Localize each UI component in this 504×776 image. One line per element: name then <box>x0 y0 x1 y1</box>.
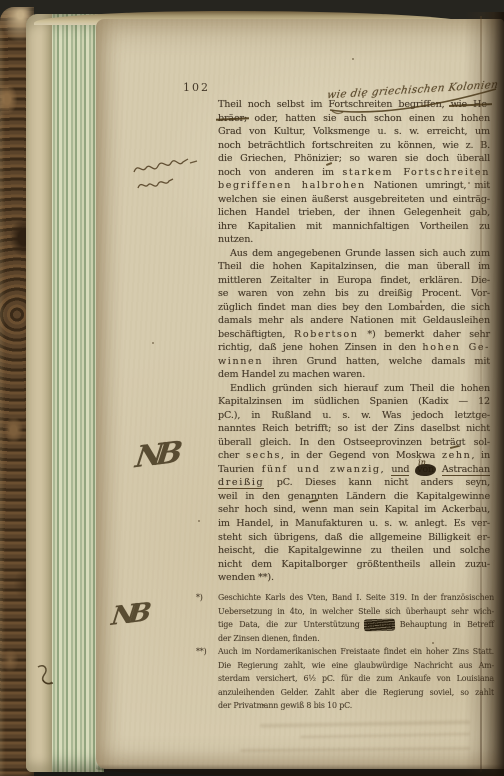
footnote: **)Auch im Nordamerikanischen Freistaate… <box>218 646 494 714</box>
page-number: 102 <box>183 81 210 94</box>
text-line: Uebersetzung in 4to, in welcher Stelle s… <box>218 606 494 620</box>
text-line: die Griechen, Phönizier; so waren sie do… <box>218 152 490 166</box>
text-segment: cher <box>218 450 246 461</box>
text-line: Geschichte Karls des Vten, Band I. Seite… <box>218 592 494 606</box>
text-segment: ihren Grund hatten, welche damals mit <box>263 356 490 367</box>
paper-speck <box>198 520 200 522</box>
text-segment: richtig, daß jene hohen Zinsen in den <box>218 342 422 353</box>
text-line: Taurien fünf und zwanzig, und vonin Astr… <box>218 463 490 477</box>
text-segment: sechs <box>246 450 281 461</box>
text-segment: dem Handel zu machen waren. <box>218 369 365 380</box>
text-segment: nutzen. <box>218 234 253 245</box>
text-line: Endlich gründen sich hierauf zum Theil d… <box>218 382 490 396</box>
text-segment: sehr hoch sind, <box>218 504 302 515</box>
text-line: Theil noch selbst im Fortschreiten begri… <box>218 98 490 112</box>
text-segment: , in <box>471 450 490 461</box>
footnote-marker: **) <box>196 646 207 657</box>
footnote: *)Geschichte Karls des Vten, Band I. Sei… <box>218 592 494 646</box>
text-segment: *) bemerkt daher sehr <box>359 329 490 340</box>
text-segment: nanntes Reich betrifft; so ist der Zins … <box>218 423 490 434</box>
text-segment: Astrachan <box>442 464 490 476</box>
text-segment: Grad von Kultur, Volksmenge u. s. w. err… <box>218 126 490 137</box>
text-line: noch von anderen im starkem Fortschreite… <box>218 166 490 180</box>
text-segment: man sein Kapital im Ackerbau, <box>327 504 490 515</box>
text-segment: der Privatmann gewiß 8 bis 10 pC. <box>218 701 352 710</box>
text-segment: Uebersetzung in 4to, in welcher Stelle s… <box>218 607 494 616</box>
text-segment: Theil die hohen Kapitalzinsen, die man ü… <box>218 261 490 272</box>
text-line: beschäftigten, Robertson *) bemerkt dahe… <box>218 328 490 342</box>
text-segment: im <box>322 167 334 178</box>
book-scan-photo: 102 Theil noch selbst im Fortschreiten b… <box>0 0 504 776</box>
text-line: lichen Handel trieben, der ihnen Gelegen… <box>218 206 490 220</box>
text-line: nicht dem Kapitalborger größtentheils al… <box>218 558 490 572</box>
text-line: tige Data, die zur Unterstützung meiner … <box>218 619 494 633</box>
text-line: Kapitalzinsen im südlichen Spanien (Kadi… <box>218 395 490 409</box>
text-segment: lichen Handel trieben, der ihnen Gelegen… <box>218 207 490 218</box>
text-segment: Robertson <box>294 329 359 340</box>
text-segment: Taurien <box>218 464 262 475</box>
text-segment: starkem Fortschreiten <box>342 167 490 178</box>
text-segment: , <box>381 464 392 475</box>
text-line: heischt, die Kapitalgewinne zu theilen u… <box>218 544 490 558</box>
nb-margin-mark-1: NB <box>133 436 177 475</box>
text-segment: fünf und zwanzig <box>262 464 381 475</box>
text-segment: ihre Kapitalien mit mannichfaltigen Vort… <box>218 221 490 232</box>
text-line: Die Regierung zahlt, wie eine glaubwürdi… <box>218 660 494 674</box>
text-segment: heischt, die Kapitalgewinne zu theilen u… <box>218 545 490 556</box>
text-segment: zehn <box>442 450 472 461</box>
text-line: sterdam versichert, 6½ pC. für die zum A… <box>218 673 494 687</box>
text-segment: wenden **). <box>218 572 274 583</box>
text-segment: mittleren Zeitalter in Europa findet, er… <box>218 275 490 286</box>
text-line: winnen ihren Grund hatten, welche damals… <box>218 355 490 369</box>
text-segment: züglich findet man dies bey den Lombarde… <box>218 302 490 313</box>
text-segment: Endlich gründen sich hierauf zum Theil d… <box>230 383 490 394</box>
text-line: züglich findet man dies bey den Lombarde… <box>218 301 490 315</box>
text-segment: hohen Ge- <box>422 342 490 353</box>
text-segment: steht sich übrigens, daß die allgemeine … <box>218 532 490 543</box>
text-segment: im Handel, in Manufakturen u. s. w. anle… <box>218 518 490 529</box>
text-segment: Nationen umringt, mit <box>366 180 490 191</box>
text-line: nutzen. <box>218 233 490 247</box>
text-line: Auch im Nordamerikanischen Freistaate fi… <box>218 646 494 660</box>
text-segment: pC. Dieses kann nicht anders seyn, <box>264 477 490 488</box>
text-segment: nicht dem Kapitalborger größtentheils al… <box>218 559 490 570</box>
text-segment: Behauptung in Betreff <box>393 620 494 629</box>
text-line: mittleren Zeitalter in Europa findet, er… <box>218 274 490 288</box>
text-segment: weil in den genannten Ländern die Kapita… <box>218 491 490 502</box>
text-line: noch beträchtlich fortschreiten zu könne… <box>218 139 490 153</box>
paper-speck <box>152 342 154 344</box>
text-segment: damals mehr als andere Nationen mit Geld… <box>218 315 490 326</box>
text-line: anzuleihenden Gelder. Zahlt aber die Reg… <box>218 687 494 701</box>
text-segment: der Zinsen dienen, finden. <box>218 634 319 643</box>
text-segment: meiner <box>366 620 393 629</box>
text-line: welchen sie einen äußerst ausgebreiteten… <box>218 193 490 207</box>
text-segment: begriffenen halbrohen <box>218 180 366 191</box>
text-line: begriffenen halbrohen Nationen umringt, … <box>218 179 490 193</box>
text-segment: pC.), in Rußland u. s. w. Was jedoch let… <box>218 410 490 421</box>
text-segment: Kapitalzinsen im südlichen Spanien (Kadi… <box>218 396 490 407</box>
text-line: bräer; oder, hatten sie auch schon einen… <box>218 112 490 126</box>
text-line: cher sechs, in der Gegend von Moskwa zeh… <box>218 449 490 463</box>
text-segment: oder, hatten sie auch schon einen zu hoh… <box>247 113 490 124</box>
text-line: Grad von Kultur, Volksmenge u. s. w. err… <box>218 125 490 139</box>
text-line: steht sich übrigens, daß die allgemeine … <box>218 531 490 545</box>
text-line: der Zinsen dienen, finden. <box>218 633 494 647</box>
text-line: sehr hoch sind, wenn man sein Kapital im… <box>218 503 490 517</box>
text-segment: dreißig <box>218 477 264 489</box>
nb-margin-mark-2: NB <box>110 598 146 632</box>
text-segment: sterdam versichert, 6½ pC. für die zum A… <box>218 674 494 683</box>
text-line: im Handel, in Manufakturen u. s. w. anle… <box>218 517 490 531</box>
text-segment: bräer; <box>218 113 247 124</box>
text-line: nanntes Reich betrifft; so ist der Zins … <box>218 422 490 436</box>
handwritten-correction-word: in <box>418 456 426 470</box>
text-segment: Aus dem angegebenen Grunde lassen sich a… <box>230 248 490 259</box>
text-segment: noch von anderen <box>218 167 322 178</box>
text-line: damals mehr als andere Nationen mit Geld… <box>218 314 490 328</box>
text-segment: noch beträchtlich fortschreiten zu könne… <box>218 140 490 151</box>
text-line: se waren von zehn bis zu dreißig Procent… <box>218 287 490 301</box>
footnote-marker: *) <box>196 592 203 603</box>
main-text-column: Theil noch selbst im Fortschreiten begri… <box>218 98 490 585</box>
text-segment: winnen <box>218 356 263 367</box>
text-line: pC.), in Rußland u. s. w. Was jedoch let… <box>218 409 490 423</box>
page-edge-stack <box>26 14 104 772</box>
text-segment: Auch im Nordamerikanischen Freistaate fi… <box>218 647 494 656</box>
text-segment: die Griechen, Phönizier; so waren sie do… <box>218 153 490 164</box>
text-line: richtig, daß jene hohen Zinsen in den ho… <box>218 341 490 355</box>
page-edge-cream-band <box>26 14 52 772</box>
text-segment: Geschichte Karls des Vten, Band I. Seite… <box>218 593 494 602</box>
text-segment: und <box>391 464 409 476</box>
text-segment: tige Data, die zur Unterstützung <box>218 620 366 629</box>
paper-speck <box>352 58 354 60</box>
text-segment: beschäftigten, <box>218 329 294 340</box>
text-line: dreißig pC. Dieses kann nicht anders sey… <box>218 476 490 490</box>
text-line: dem Handel zu machen waren. <box>218 368 490 382</box>
text-segment: wenn <box>302 504 328 515</box>
text-line: ihre Kapitalien mit mannichfaltigen Vort… <box>218 220 490 234</box>
text-line: Aus dem angegebenen Grunde lassen sich a… <box>218 247 490 261</box>
text-line: der Privatmann gewiß 8 bis 10 pC. <box>218 700 494 714</box>
text-segment: se waren von zehn bis zu dreißig Procent… <box>218 288 490 299</box>
text-segment: vonin <box>417 464 434 475</box>
text-line: wenden **). <box>218 571 490 585</box>
footnotes-block: *)Geschichte Karls des Vten, Band I. Sei… <box>218 592 494 714</box>
text-segment: wie He- <box>451 99 490 110</box>
text-segment: Die Regierung zahlt, wie eine glaubwürdi… <box>218 661 494 670</box>
text-line: Theil die hohen Kapitalzinsen, die man ü… <box>218 260 490 274</box>
text-segment: anzuleihenden Gelder. Zahlt aber die Reg… <box>218 688 494 697</box>
text-line: weil in den genannten Ländern die Kapita… <box>218 490 490 504</box>
text-segment: welchen sie einen äußerst ausgebreiteten… <box>218 194 490 205</box>
